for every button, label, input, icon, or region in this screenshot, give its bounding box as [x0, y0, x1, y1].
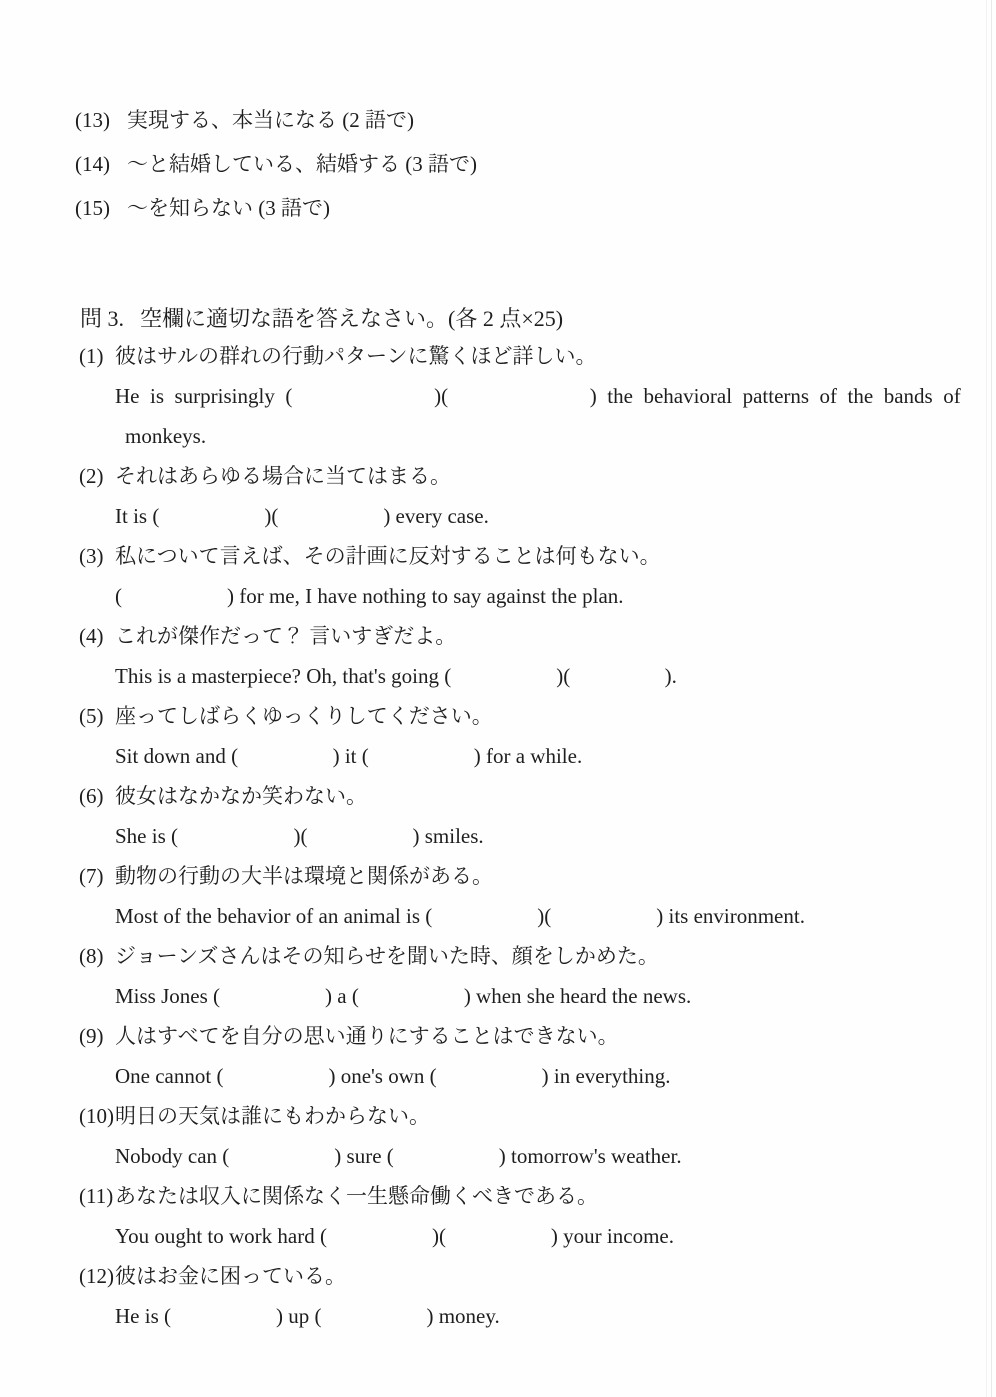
question-japanese-line: (12)彼はお金に困っている。: [75, 1256, 960, 1296]
question-item: (10)明日の天気は誰にもわからない。 Nobody can ( ) sure …: [75, 1096, 960, 1176]
question-number: (4): [75, 616, 115, 656]
question-number: (12): [75, 1256, 115, 1296]
question-japanese-text: それはあらゆる場合に当てはまる。: [115, 464, 451, 488]
question-japanese-line: (6)彼女はなかなか笑わない。: [75, 776, 960, 816]
item-number: (15): [75, 186, 127, 230]
question-english-line: This is a masterpiece? Oh, that's going …: [75, 656, 960, 696]
question-japanese-text: 彼はサルの群れの行動パターンに驚くほど詳しい。: [115, 344, 597, 368]
question-japanese-text: 私について言えば、その計画に反対することは何もない。: [115, 544, 661, 568]
section-heading-text: 空欄に適切な語を答えなさい。(各 2 点×25): [140, 306, 563, 331]
question-number: (1): [75, 336, 115, 376]
item-text: ～を知らない (3 語で): [127, 196, 330, 220]
question-japanese-text: あなたは収入に関係なく一生懸命働くべきである。: [115, 1184, 598, 1208]
question-item: (3)私について言えば、その計画に反対することは何もない。 ( ) for me…: [75, 536, 960, 616]
question-item: (12)彼はお金に困っている。 He is ( ) up ( ) money.: [75, 1256, 960, 1336]
question-number: (8): [75, 936, 115, 976]
question-japanese-line: (7)動物の行動の大半は環境と関係がある。: [75, 856, 960, 896]
question-item: (7)動物の行動の大半は環境と関係がある。 Most of the behavi…: [75, 856, 960, 936]
question-item: (9)人はすべてを自分の思い通りにすることはできない。 One cannot (…: [75, 1016, 960, 1096]
question-number: (2): [75, 456, 115, 496]
item-number: (13): [75, 98, 127, 142]
question-english-line: He is surprisingly ( )( ) the behavioral…: [75, 376, 960, 416]
question-list: (1)彼はサルの群れの行動パターンに驚くほど詳しい。 He is surpris…: [75, 336, 960, 1336]
question-english-line: ( ) for me, I have nothing to say agains…: [75, 576, 960, 616]
intro-item: (14)～と結婚している、結婚する (3 語で): [75, 142, 955, 186]
question-japanese-text: 明日の天気は誰にもわからない。: [115, 1104, 430, 1128]
question-japanese-text: ジョーンズさんはその知らせを聞いた時、顔をしかめた。: [115, 944, 659, 968]
question-item: (5)座ってしばらくゆっくりしてください。 Sit down and ( ) i…: [75, 696, 960, 776]
worksheet-page: (13)実現する、本当になる (2 語で)(14)～と結婚している、結婚する (…: [0, 0, 996, 1397]
question-japanese-line: (11)あなたは収入に関係なく一生懸命働くべきである。: [75, 1176, 960, 1216]
question-item: (6)彼女はなかなか笑わない。 She is ( )( ) smiles.: [75, 776, 960, 856]
question-number: (9): [75, 1016, 115, 1056]
question-number: (7): [75, 856, 115, 896]
question-japanese-line: (9)人はすべてを自分の思い通りにすることはできない。: [75, 1016, 960, 1056]
question-english-line: Most of the behavior of an animal is ( )…: [75, 896, 960, 936]
question-number: (5): [75, 696, 115, 736]
question-japanese-line: (1)彼はサルの群れの行動パターンに驚くほど詳しい。: [75, 336, 960, 376]
scan-edge-line: [991, 0, 992, 1397]
question-japanese-text: 動物の行動の大半は環境と関係がある。: [115, 864, 493, 888]
question-english-line: He is ( ) up ( ) money.: [75, 1296, 960, 1336]
question-japanese-text: これが傑作だって？ 言いすぎだよ。: [115, 624, 456, 648]
question-item: (1)彼はサルの群れの行動パターンに驚くほど詳しい。 He is surpris…: [75, 336, 960, 456]
item-number: (14): [75, 142, 127, 186]
question-japanese-text: 人はすべてを自分の思い通りにすることはできない。: [115, 1024, 619, 1048]
item-text: 実現する、本当になる (2 語で): [127, 108, 414, 132]
question-english-line: It is ( )( ) every case.: [75, 496, 960, 536]
question-english-line: monkeys.: [75, 416, 960, 456]
question-english-line: One cannot ( ) one's own ( ) in everythi…: [75, 1056, 960, 1096]
question-japanese-line: (10)明日の天気は誰にもわからない。: [75, 1096, 960, 1136]
question-japanese-text: 彼はお金に困っている。: [115, 1264, 346, 1288]
section-heading-label: 問 3.: [80, 306, 124, 331]
question-number: (6): [75, 776, 115, 816]
question-item: (4)これが傑作だって？ 言いすぎだよ。 This is a masterpie…: [75, 616, 960, 696]
question-item: (2)それはあらゆる場合に当てはまる。 It is ( )( ) every c…: [75, 456, 960, 536]
question-english-line: Sit down and ( ) it ( ) for a while.: [75, 736, 960, 776]
intro-item: (15)～を知らない (3 語で): [75, 186, 955, 230]
question-item: (8)ジョーンズさんはその知らせを聞いた時、顔をしかめた。 Miss Jones…: [75, 936, 960, 1016]
item-text: ～と結婚している、結婚する (3 語で): [127, 152, 477, 176]
question-japanese-line: (5)座ってしばらくゆっくりしてください。: [75, 696, 960, 736]
question-number: (10): [75, 1096, 115, 1136]
question-number: (3): [75, 536, 115, 576]
question-japanese-line: (2)それはあらゆる場合に当てはまる。: [75, 456, 960, 496]
question-english-line: She is ( )( ) smiles.: [75, 816, 960, 856]
question-english-line: Nobody can ( ) sure ( ) tomorrow's weath…: [75, 1136, 960, 1176]
intro-item: (13)実現する、本当になる (2 語で): [75, 98, 955, 142]
question-english-line: Miss Jones ( ) a ( ) when she heard the …: [75, 976, 960, 1016]
question-japanese-line: (4)これが傑作だって？ 言いすぎだよ。: [75, 616, 960, 656]
question-number: (11): [75, 1176, 115, 1216]
question-item: (11)あなたは収入に関係なく一生懸命働くべきである。 You ought to…: [75, 1176, 960, 1256]
scan-edge-line: [986, 0, 987, 1397]
question-japanese-line: (8)ジョーンズさんはその知らせを聞いた時、顔をしかめた。: [75, 936, 960, 976]
intro-list: (13)実現する、本当になる (2 語で)(14)～と結婚している、結婚する (…: [75, 98, 955, 230]
question-japanese-text: 彼女はなかなか笑わない。: [115, 784, 367, 808]
question-english-line: You ought to work hard ( )( ) your incom…: [75, 1216, 960, 1256]
question-japanese-line: (3)私について言えば、その計画に反対することは何もない。: [75, 536, 960, 576]
question-japanese-text: 座ってしばらくゆっくりしてください。: [115, 704, 493, 728]
